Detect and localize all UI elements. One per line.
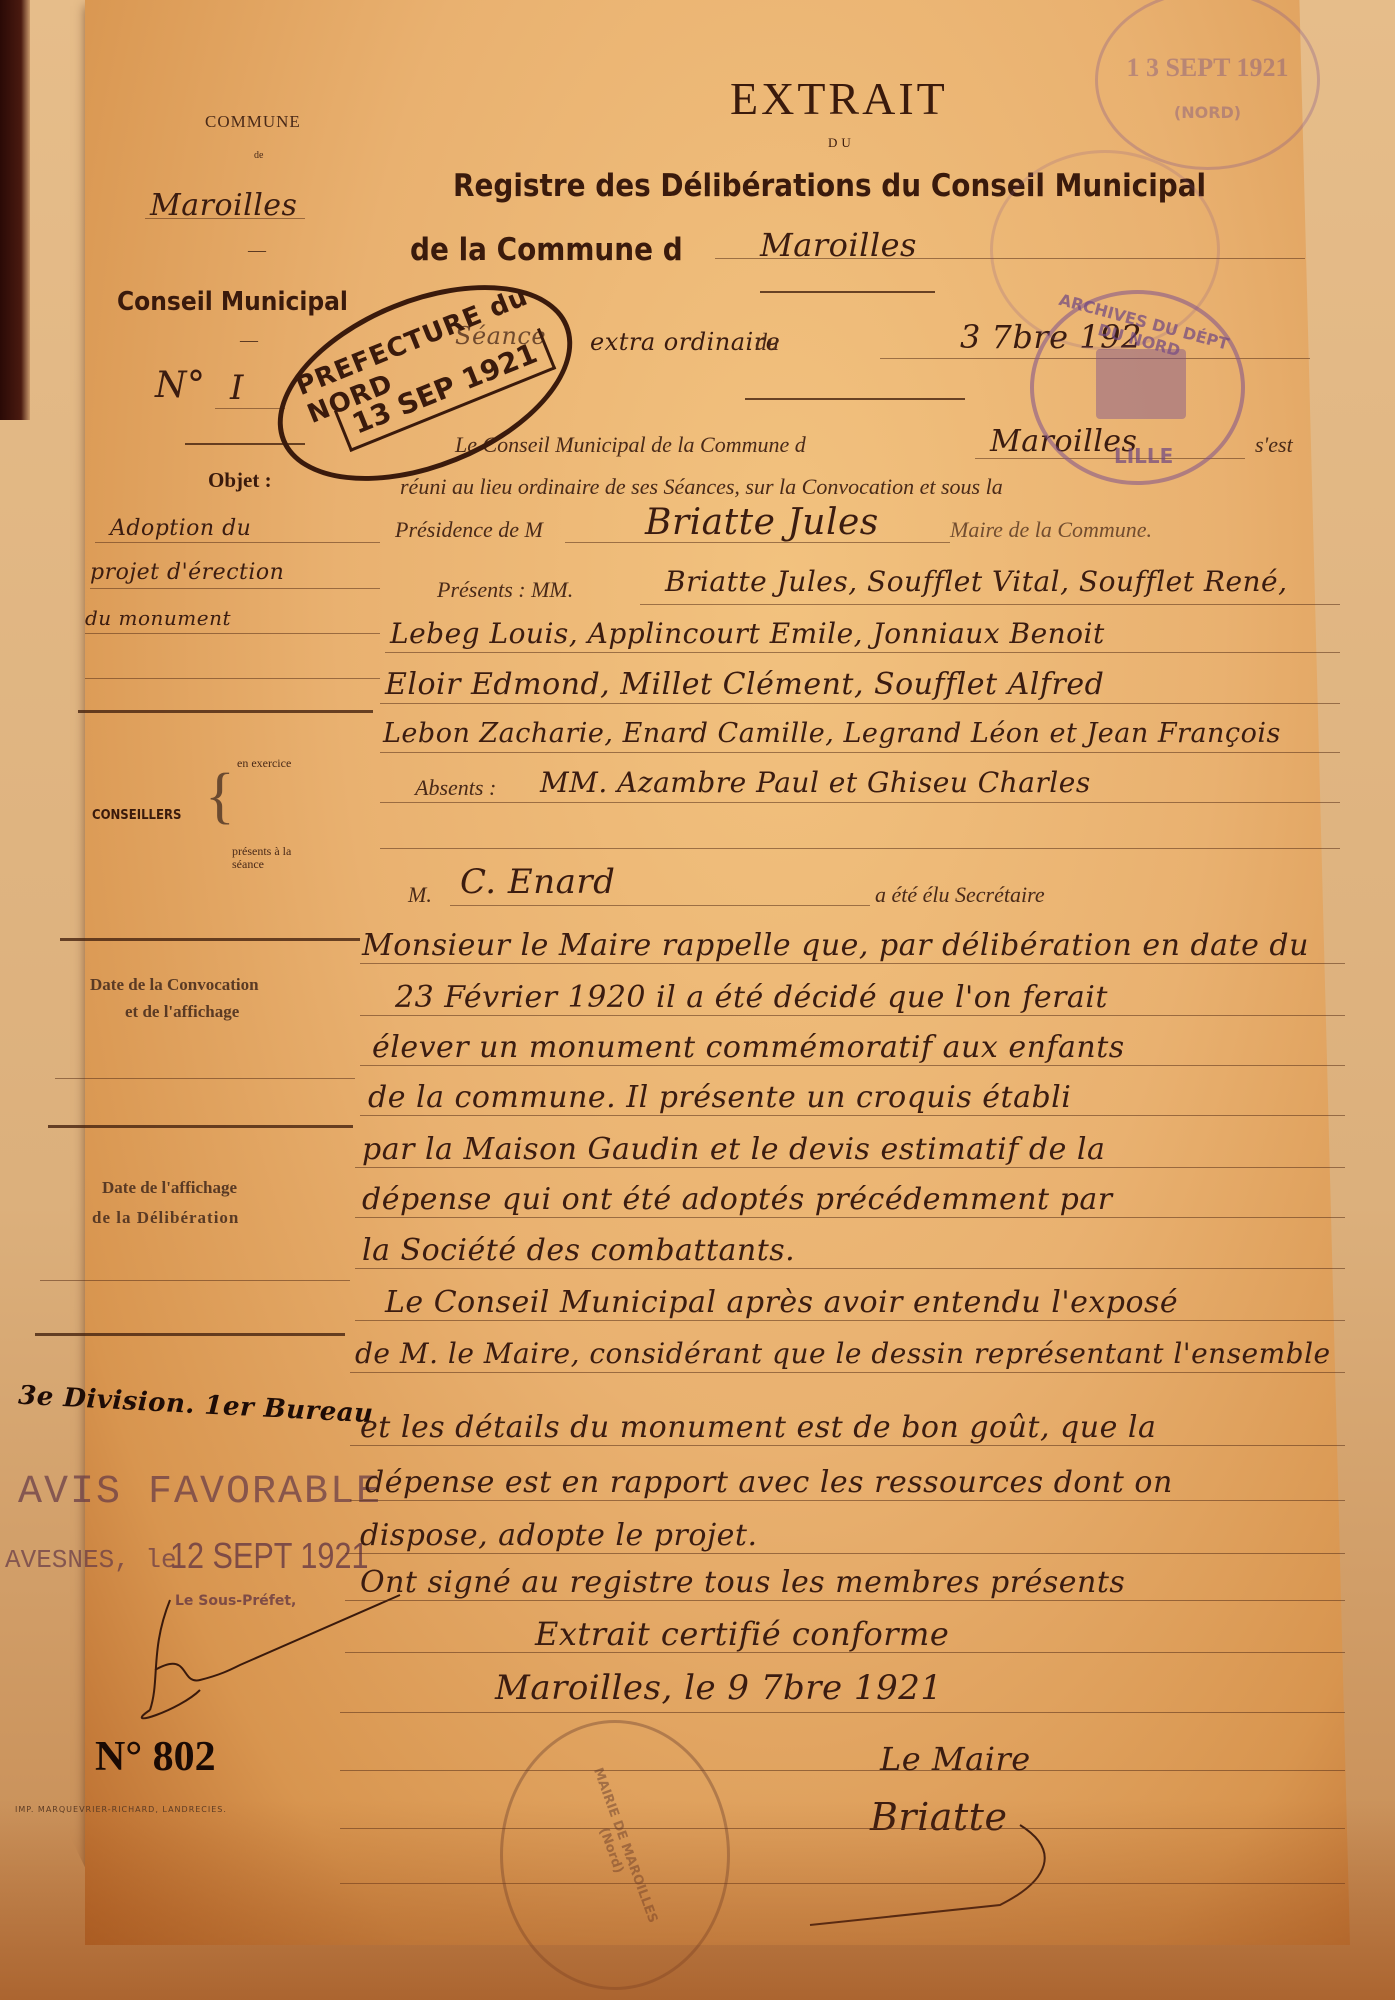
objet-line-1: Adoption du [110, 516, 251, 541]
presents-line-3: Eloir Edmond, Millet Clément, Soufflet A… [385, 667, 1104, 702]
seance-divider [745, 398, 965, 400]
certification-rule [345, 1652, 1345, 1653]
presents-line-2: Lebeg Louis, Applincourt Emile, Jonniaux… [390, 617, 1105, 650]
deliberation-rule-11 [350, 1500, 1345, 1501]
affichage-rule [40, 1280, 350, 1281]
mairie-stamp-text: MAIRIE DE MAROILLES (Nord) [575, 1763, 661, 1933]
objet-line-3: du monument [85, 606, 231, 630]
absents-rule [380, 802, 1340, 803]
deliberation-line-4: de la commune. Il présente un croquis ét… [368, 1080, 1071, 1115]
avesnes-date: 12 SEPT 1921 [170, 1535, 368, 1577]
deliberation-line-7: la Société des combattants. [362, 1233, 795, 1268]
convocation-label-2: et de l'affichage [125, 1002, 239, 1022]
objet-rule-1 [95, 542, 380, 543]
left-conseil-label: Conseil Municipal [117, 287, 348, 317]
absents-text: MM. Azambre Paul et Ghiseu Charles [540, 766, 1091, 799]
deliberation-line-9: de M. le Maire, considérant que le dessi… [355, 1337, 1331, 1370]
presents-label: Présents : MM. [437, 577, 573, 603]
deliberation-rule-2 [360, 1015, 1345, 1016]
received-stamp-region: (NORD) [1098, 103, 1317, 122]
blank-rule-3 [340, 1883, 1345, 1884]
deliberation-line-11: dépense est en rapport avec les ressourc… [365, 1465, 1173, 1500]
received-stamp-date: 1 3 SEPT 1921 [1098, 53, 1317, 83]
deliberation-line-6: dépense qui ont été adoptés précédemment… [362, 1182, 1113, 1217]
deliberation-rule-6 [355, 1217, 1345, 1218]
body-line-1b: s'est [1255, 432, 1293, 458]
affichage-label-1: Date de l'affichage [102, 1178, 237, 1198]
presents-line-1: Briatte Jules, Soufflet Vital, Soufflet … [665, 565, 1288, 598]
objet-rule-3 [85, 633, 380, 634]
secretaire-name: C. Enard [460, 862, 615, 902]
deliberation-line-5: par la Maison Gaudin et le devis estimat… [362, 1132, 1105, 1167]
deliberation-rule-9 [350, 1372, 1345, 1373]
deliberation-line-8: Le Conseil Municipal après avoir entendu… [385, 1285, 1178, 1320]
left-dash-2: — [240, 330, 258, 351]
deliberation-rule-8 [355, 1320, 1345, 1321]
commune-de: de [254, 150, 263, 161]
maire-rule [340, 1770, 1345, 1771]
conseillers-en-exercice: en exercice [237, 756, 291, 771]
objet-line-2: projet d'érection [90, 560, 284, 585]
affichage-label-2: de la Délibération [92, 1208, 239, 1228]
deliberation-line-2: 23 Février 1920 il a été décidé que l'on… [395, 980, 1108, 1015]
absents-label: Absents : [415, 775, 496, 801]
body-line-2: réuni au lieu ordinaire de ses Séances, … [400, 474, 1003, 500]
commune-label: COMMUNE [205, 112, 301, 132]
left-divider-3 [60, 938, 360, 941]
deliberation-line-10: et les détails du monument est de bon go… [360, 1410, 1156, 1445]
conseillers-brace: { [205, 765, 235, 827]
left-divider-4 [48, 1125, 353, 1128]
document-title: EXTRAIT [730, 72, 948, 125]
deliberation-line-12: dispose, adopte le projet. [360, 1518, 758, 1553]
left-dash-1: — [248, 240, 266, 261]
presents-rule-4 [380, 752, 1340, 753]
deliberation-rule-1 [360, 963, 1345, 964]
maire-label: Le Maire [880, 1740, 1031, 1778]
certification-text: Extrait certifié conforme [535, 1615, 949, 1653]
mairie-stamp: MAIRIE DE MAROILLES (Nord) [500, 1720, 730, 1990]
document-du: DU [828, 135, 855, 151]
conseillers-presents: présents à la séance [232, 845, 322, 871]
left-number-label: N° [155, 365, 206, 406]
printer-imprint: IMP. MARQUEVRIER-RICHARD, LANDRECIES. [15, 1805, 227, 1814]
place-date-rule [340, 1712, 1345, 1713]
body-line-3-rule [565, 542, 950, 543]
left-divider-2 [78, 710, 373, 713]
objet-rule-4 [85, 678, 380, 679]
archives-stamp: ARCHIVES DU DÉPT DU NORD LILLE [1030, 290, 1245, 485]
objet-label: Objet : [208, 468, 272, 493]
seance-type: extra ordinaire [590, 328, 780, 356]
convocation-label-1: Date de la Convocation [90, 975, 259, 995]
deliberation-rule-13 [345, 1600, 1345, 1601]
number-rule [215, 408, 285, 409]
place-date: Maroilles, le 9 7bre 1921 [495, 1668, 942, 1708]
deliberation-rule-3 [360, 1065, 1345, 1066]
body-line-1a: Le Conseil Municipal de la Commune d [455, 432, 806, 458]
form-number: N° 802 [95, 1733, 216, 1781]
blank-rule-2 [340, 1828, 1345, 1829]
left-number-value: I [230, 368, 244, 408]
commune-line-label: de la Commune d [410, 232, 683, 268]
archives-stamp-city: LILLE [1114, 444, 1173, 468]
body-line-3b: Maire de la Commune. [950, 517, 1152, 543]
secretaire-rule [450, 905, 870, 906]
deliberation-line-13: Ont signé au registre tous les membres p… [360, 1565, 1125, 1600]
deliberation-rule-4 [360, 1115, 1345, 1116]
deliberation-rule-10 [350, 1445, 1345, 1446]
avesnes-stamp: AVESNES, le [5, 1545, 177, 1575]
body-line-3-name: Briatte Jules [645, 502, 879, 543]
convocation-rule [55, 1078, 355, 1079]
seance-du: du [755, 330, 779, 357]
deliberation-rule-7 [355, 1268, 1345, 1269]
archives-stamp-emblem [1096, 349, 1186, 419]
presents-rule-2 [385, 652, 1340, 653]
presents-line-4: Lebon Zacharie, Enard Camille, Legrand L… [383, 718, 1281, 749]
body-line-3a: Présidence de M [395, 517, 543, 543]
avis-favorable-stamp: AVIS FAVORABLE [18, 1470, 382, 1515]
header-divider [760, 291, 935, 293]
maire-signature-flourish [800, 1820, 1080, 1930]
deliberation-rule-5 [355, 1167, 1345, 1168]
objet-rule-2 [90, 588, 380, 589]
left-divider-5 [35, 1333, 345, 1336]
deliberation-rule-12 [345, 1553, 1345, 1554]
background-dark-edge [0, 0, 30, 420]
conseillers-label: CONSEILLERS [92, 808, 181, 823]
deliberation-line-3: élever un monument commémoratif aux enfa… [372, 1030, 1125, 1065]
blank-rule-1 [380, 848, 1340, 849]
left-commune-rule [145, 218, 305, 219]
secretaire-suffix: a été élu Secrétaire [875, 882, 1045, 908]
secretaire-prefix: M. [408, 882, 432, 908]
presents-rule-1 [640, 604, 1340, 605]
presents-rule-3 [380, 703, 1340, 704]
sous-prefet-signature [110, 1590, 410, 1750]
deliberation-line-1: Monsieur le Maire rappelle que, par déli… [362, 928, 1309, 963]
